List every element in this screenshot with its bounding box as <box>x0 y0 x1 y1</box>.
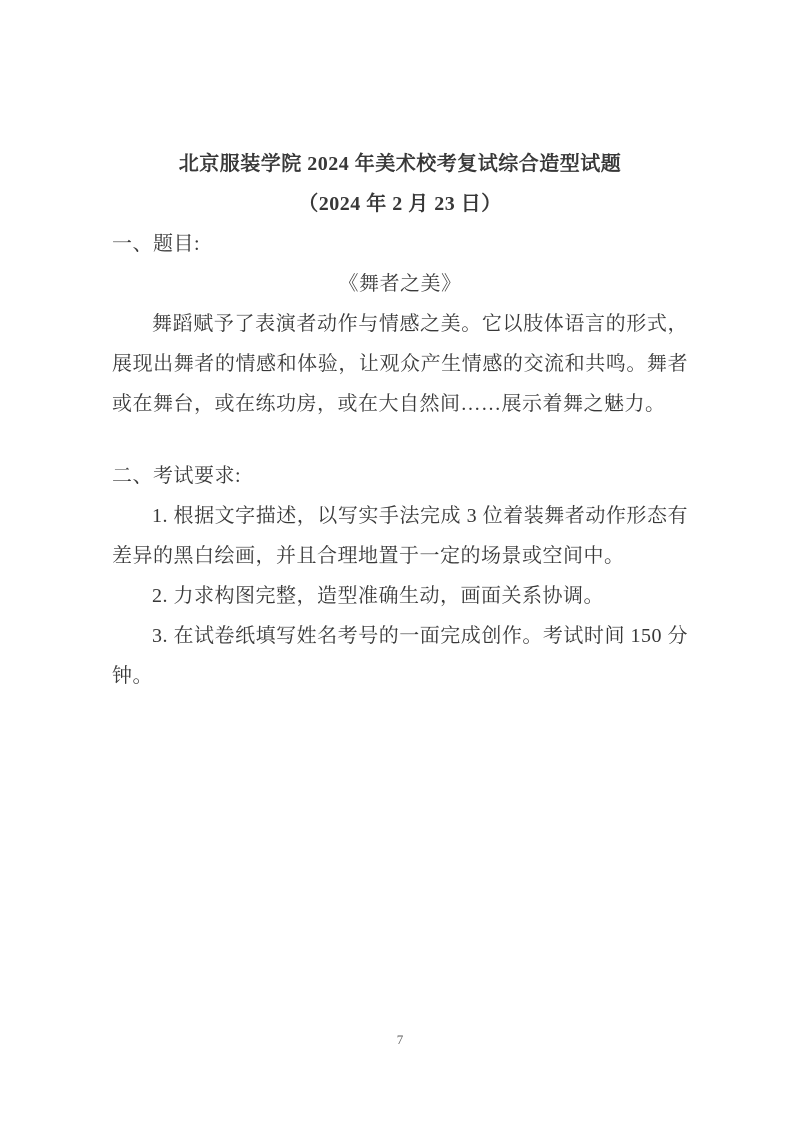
requirement-item-3: 3. 在试卷纸填写姓名考号的一面完成创作。考试时间 150 分钟。 <box>112 616 688 696</box>
document-title: 北京服装学院 2024 年美术校考复试综合造型试题 <box>112 144 688 184</box>
requirement-item-2: 2. 力求构图完整，造型准确生动，画面关系协调。 <box>112 576 688 616</box>
section-topic-heading: 一、题目: <box>112 224 688 264</box>
page-number: 7 <box>0 1030 800 1050</box>
section-requirements-heading: 二、考试要求: <box>112 456 688 496</box>
document-page: 北京服装学院 2024 年美术校考复试综合造型试题 （2024 年 2 月 23… <box>0 0 800 1133</box>
topic-description-paragraph: 舞蹈赋予了表演者动作与情感之美。它以肢体语言的形式，展现出舞者的情感和体验，让观… <box>112 304 688 424</box>
document-content: 北京服装学院 2024 年美术校考复试综合造型试题 （2024 年 2 月 23… <box>112 144 688 696</box>
section-divider-space <box>112 424 688 456</box>
topic-subject-title: 《舞者之美》 <box>112 264 688 304</box>
document-date-line: （2024 年 2 月 23 日） <box>112 184 688 224</box>
requirement-item-1: 1. 根据文字描述，以写实手法完成 3 位着装舞者动作形态有差异的黑白绘画，并且… <box>112 496 688 576</box>
